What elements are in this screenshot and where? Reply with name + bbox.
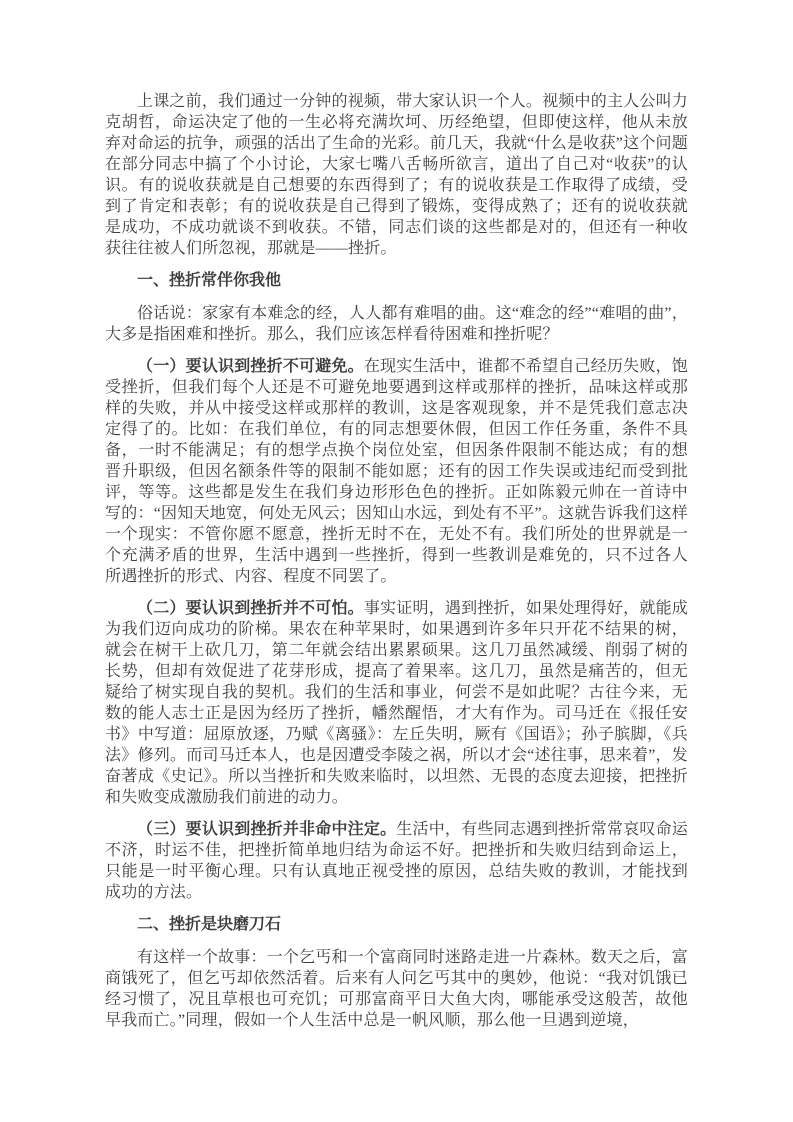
story-paragraph: 有这样一个故事：一个乞丐和一个富商同时迷路走进一片森林。数天之后，富商饿死了，但… bbox=[105, 947, 688, 1031]
subsection-2-paragraph: （二）要认识到挫折并不可怕。事实证明，遇到挫折，如果处理得好，就能成为我们迈向成… bbox=[105, 598, 688, 808]
document-page: 上课之前，我们通过一分钟的视频，带大家认识一个人。视频中的主人公叫力克胡哲，命运… bbox=[0, 0, 793, 1122]
proverb-paragraph: 俗话说：家家有本难念的经，人人都有难唱的曲。这“难念的经”“难唱的曲”，大多是指… bbox=[105, 303, 688, 345]
subsection-2-text: 事实证明，遇到挫折，如果处理得好，就能成为我们迈向成功的阶梯。果农在种苹果时，如… bbox=[105, 600, 688, 806]
subsection-3-title: （三）要认识到挫折并非命中注定。 bbox=[137, 821, 396, 838]
subsection-2-title: （二）要认识到挫折并不可怕。 bbox=[137, 600, 364, 617]
intro-paragraph: 上课之前，我们通过一分钟的视频，带大家认识一个人。视频中的主人公叫力克胡哲，命运… bbox=[105, 91, 688, 259]
subsection-1-text: 在现实生活中，谁都不希望自己经历失败，饱受挫折，但我们每个人还是不可避免地要遇到… bbox=[105, 358, 688, 585]
section-1-heading: 一、挫折常伴你我他 bbox=[105, 270, 688, 291]
subsection-1-paragraph: （一）要认识到挫折不可避免。在现实生活中，谁都不希望自己经历失败，饱受挫折，但我… bbox=[105, 356, 688, 587]
subsection-1-title: （一）要认识到挫折不可避免。 bbox=[137, 358, 364, 375]
subsection-3-paragraph: （三）要认识到挫折并非命中注定。生活中，有些同志遇到挫折常常哀叹命运不济，时运不… bbox=[105, 819, 688, 903]
section-2-heading: 二、挫折是块磨刀石 bbox=[105, 914, 688, 935]
